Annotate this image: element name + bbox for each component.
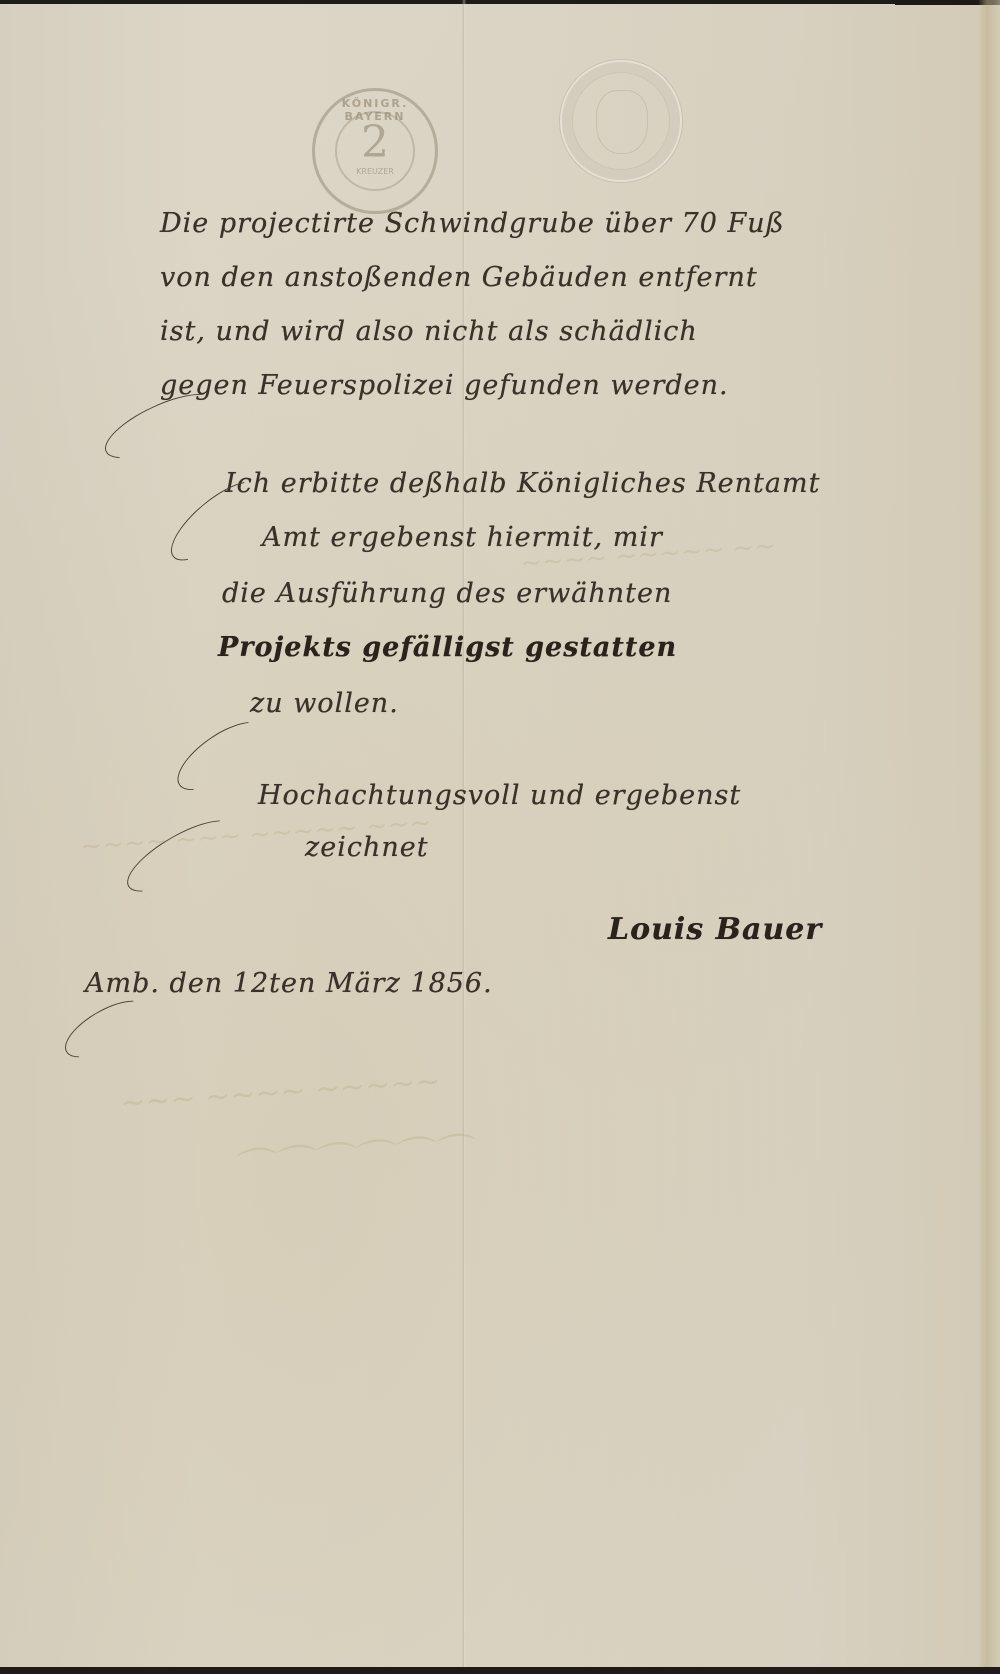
document-page: ~~~ ~~~~ ~~~~~ ⌒⌒⌒⌒⌒⌒ ~~~~ ~~~ ~~~~~ ~~~… bbox=[0, 0, 1000, 1674]
letter-line: Die projectirte Schwindgrube über 70 Fuß bbox=[160, 208, 785, 239]
tax-stamp-value: 2 bbox=[315, 121, 435, 165]
letter-line: die Ausführung des erwähnten bbox=[222, 578, 672, 609]
letter-line: ist, und wird also nicht als schädlich bbox=[160, 316, 698, 347]
tax-stamp: KÖNIGR. BAYERN 2 KREUZER bbox=[312, 88, 438, 214]
scan-edge-top bbox=[0, 0, 1000, 4]
paper-fold-line bbox=[462, 0, 466, 1667]
pen-flourish bbox=[160, 469, 273, 573]
letter-line: von den anstoßenden Gebäuden entfernt bbox=[160, 262, 758, 293]
embossed-seal-crest bbox=[596, 90, 648, 154]
paper-right-edge-fold bbox=[978, 0, 1000, 1667]
embossed-seal-icon bbox=[560, 60, 682, 182]
bleed-through-text: ~~~ ~~~~ ~~~~~ bbox=[119, 1064, 441, 1121]
scan-edge-bottom bbox=[0, 1667, 1000, 1674]
letter-line: Ich erbitte deßhalb Königliches Rentamt bbox=[225, 468, 820, 499]
tax-stamp-subtext: KREUZER bbox=[315, 167, 435, 176]
letter-line: zu wollen. bbox=[250, 688, 399, 719]
letter-line: Amt ergebenst hiermit, mir bbox=[262, 522, 663, 553]
letter-line: Projekts gefälligst gestatten bbox=[218, 632, 677, 663]
signature: Louis Bauer bbox=[608, 912, 822, 947]
letter-line: gegen Feuerspolizei gefunden werden. bbox=[160, 370, 729, 401]
closing-line: zeichnet bbox=[305, 832, 429, 863]
pen-flourish bbox=[57, 990, 156, 1069]
bleed-through-flourish: ⌒⌒⌒⌒⌒⌒ bbox=[228, 1122, 471, 1196]
closing-line: Hochachtungsvoll und ergebenst bbox=[258, 780, 741, 811]
date-line: Amb. den 12ten März 1856. bbox=[85, 968, 493, 999]
